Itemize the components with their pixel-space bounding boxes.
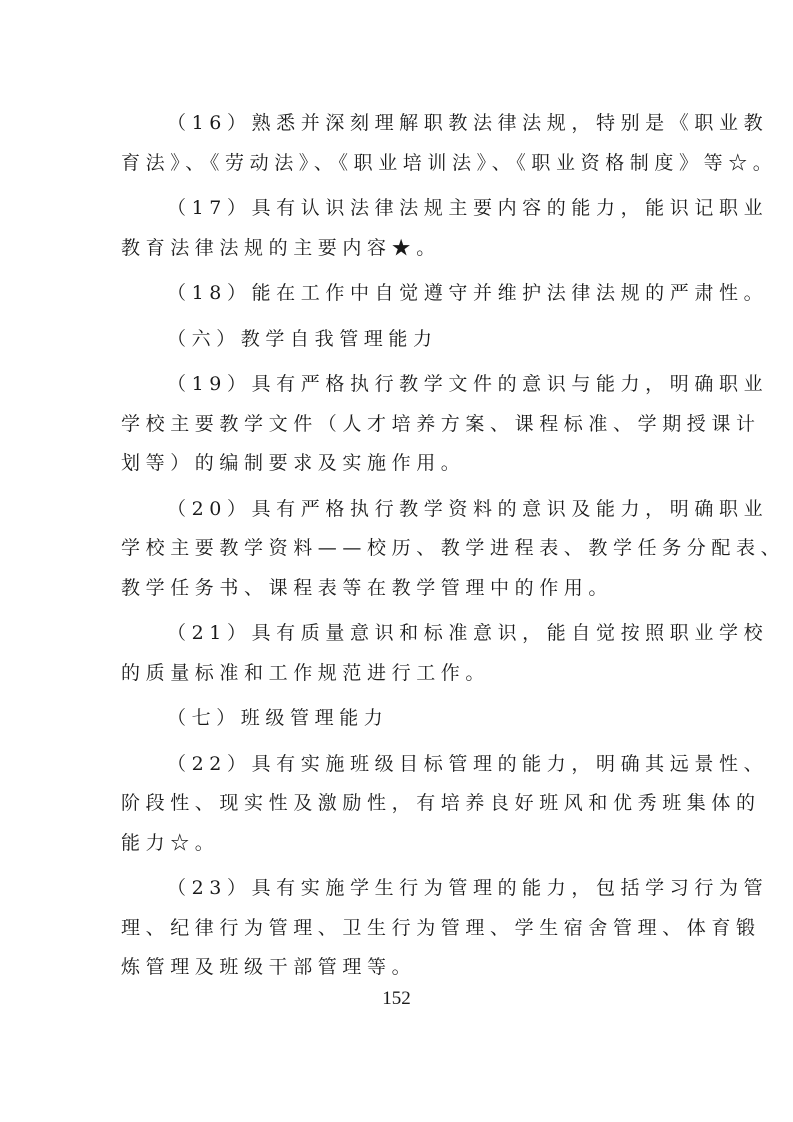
page-number: 152 xyxy=(0,988,793,1010)
section-heading-7: （七）班级管理能力 xyxy=(121,699,674,739)
text-line: 的质量标准和工作规范进行工作。 xyxy=(121,654,674,694)
text-line: （22）具有实施班级目标管理的能力，明确其远景性、 xyxy=(121,745,674,785)
text-line: （17）具有认识法律法规主要内容的能力，能识记职业 xyxy=(121,189,674,229)
text-line: （16）熟悉并深刻理解职教法律法规，特别是《职业教 xyxy=(121,104,674,144)
text-line: 理、纪律行为管理、卫生行为管理、学生宿舍管理、体育锻 xyxy=(121,909,674,949)
paragraph-22: （22）具有实施班级目标管理的能力，明确其远景性、 阶段性、现实性及激励性，有培… xyxy=(121,745,674,864)
text-line: （20）具有严格执行教学资料的意识及能力，明确职业 xyxy=(121,490,674,530)
paragraph-18: （18）能在工作中自觉遵守并维护法律法规的严肃性。 xyxy=(121,274,674,314)
section-heading-6: （六）教学自我管理能力 xyxy=(121,320,674,360)
text-line: （19）具有严格执行教学文件的意识与能力，明确职业 xyxy=(121,365,674,405)
paragraph-17: （17）具有认识法律法规主要内容的能力，能识记职业 教育法律法规的主要内容★。 xyxy=(121,189,674,268)
text-line: 教育法律法规的主要内容★。 xyxy=(121,229,674,269)
text-line: 炼管理及班级干部管理等。 xyxy=(121,948,674,988)
paragraph-23: （23）具有实施学生行为管理的能力，包括学习行为管 理、纪律行为管理、卫生行为管… xyxy=(121,869,674,988)
document-page: （16）熟悉并深刻理解职教法律法规，特别是《职业教 育法》、《劳动法》、《职业培… xyxy=(121,104,674,994)
paragraph-19: （19）具有严格执行教学文件的意识与能力，明确职业 学校主要教学文件（人才培养方… xyxy=(121,365,674,484)
text-line: 学校主要教学文件（人才培养方案、课程标准、学期授课计 xyxy=(121,405,674,445)
text-line: （18）能在工作中自觉遵守并维护法律法规的严肃性。 xyxy=(121,274,674,314)
paragraph-21: （21）具有质量意识和标准意识，能自觉按照职业学校 的质量标准和工作规范进行工作… xyxy=(121,614,674,693)
text-line: 能力☆。 xyxy=(121,824,674,864)
text-line: 划等）的编制要求及实施作用。 xyxy=(121,444,674,484)
paragraph-16: （16）熟悉并深刻理解职教法律法规，特别是《职业教 育法》、《劳动法》、《职业培… xyxy=(121,104,674,183)
paragraph-20: （20）具有严格执行教学资料的意识及能力，明确职业 学校主要教学资料——校历、教… xyxy=(121,490,674,609)
text-line: 育法》、《劳动法》、《职业培训法》、《职业资格制度》等☆。 xyxy=(121,144,674,184)
text-line: （23）具有实施学生行为管理的能力，包括学习行为管 xyxy=(121,869,674,909)
text-line: 阶段性、现实性及激励性，有培养良好班风和优秀班集体的 xyxy=(121,784,674,824)
text-line: 教学任务书、课程表等在教学管理中的作用。 xyxy=(121,569,674,609)
text-line: 学校主要教学资料——校历、教学进程表、教学任务分配表、 xyxy=(121,529,674,569)
text-line: （21）具有质量意识和标准意识，能自觉按照职业学校 xyxy=(121,614,674,654)
